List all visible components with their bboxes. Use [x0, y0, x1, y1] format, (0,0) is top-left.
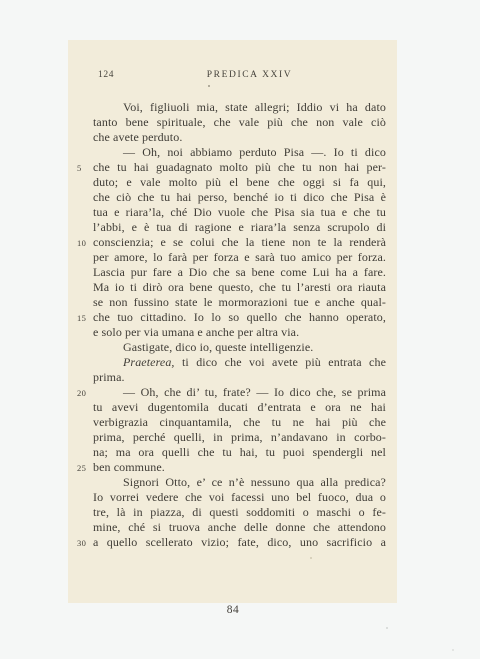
italic-text: Praeterea, — [123, 355, 175, 369]
running-head: 124 PREDICA XXIV — [68, 70, 397, 83]
text-line: che avete perduto. — [93, 130, 386, 145]
running-title: PREDICA XXIV — [207, 70, 292, 80]
line-number: 30 — [77, 538, 90, 549]
text-line: 5che tu hai guadagnato molto più che tu … — [93, 160, 386, 175]
text-line: 20— Oh, che di’ tu, frate? — Io dico che… — [93, 385, 386, 400]
text-line: prima. — [93, 370, 386, 385]
line-number: 25 — [77, 463, 90, 474]
folio-number: 124 — [98, 70, 114, 80]
text-line: Voi, figliuoli mia, state allegri; Iddio… — [93, 100, 386, 115]
text-line: Signori Otto, e’ ce n’è nessuno qua alla… — [93, 475, 386, 490]
text-line: 30a quello scellerato vizio; fate, dico,… — [93, 535, 386, 550]
scan-speck — [452, 649, 454, 651]
scanned-document: 124 PREDICA XXIV Voi, figliuoli mia, sta… — [0, 0, 480, 659]
scan-speck — [310, 557, 312, 559]
text-line: na; ma ora quelli che tu hai, tu puoi sp… — [93, 445, 386, 460]
text-line: tanto bene spirituale, che vale più che … — [93, 115, 386, 130]
scan-speck — [208, 85, 210, 87]
text-line: e solo per via umana e anche per altra v… — [93, 325, 386, 340]
text-line: Praeterea, ti dico che voi avete più ent… — [93, 355, 386, 370]
text-line: 15che tuo cittadino. Io lo so quello che… — [93, 310, 386, 325]
text-line: per amore, lo farà per forza e sarà tuo … — [93, 250, 386, 265]
text-line: Io vorrei vedere che voi facessi uno bel… — [93, 490, 386, 505]
scan-speck — [386, 627, 388, 629]
text-line: 10conscienzia; e se colui che la tiene n… — [93, 235, 386, 250]
text-line: tua e riara’la, ché Dio vuole che Pisa s… — [93, 205, 386, 220]
text-line: verbigrazia cinquantamila, che tu ne hai… — [93, 415, 386, 430]
text-line: tu avevi dugentomila ducati d’entrata e … — [93, 400, 386, 415]
text-line: che ciò che tu hai perso, benché io ti d… — [93, 190, 386, 205]
text-line: Gastigate, dico io, queste intelligenzie… — [93, 340, 386, 355]
line-number: 20 — [77, 388, 90, 399]
text-line: mine, ché si truova anche delle donne ch… — [93, 520, 386, 535]
line-number: 10 — [77, 238, 90, 249]
text-line: — Oh, noi abbiamo perduto Pisa —. Io ti … — [93, 145, 386, 160]
text-line: Ma io ti dirò ora bene questo, che tu l’… — [93, 280, 386, 295]
text-line: 25ben commune. — [93, 460, 386, 475]
line-number: 15 — [77, 313, 90, 324]
text-line: l’abbi, e è tua di ragione e riara’la se… — [93, 220, 386, 235]
text-line: duto; e vale molto più el bene che oggi … — [93, 175, 386, 190]
text-line: prima, perché quelli, in prima, n’andava… — [93, 430, 386, 445]
text-line: se non fussino state le mormorazioni tue… — [93, 295, 386, 310]
footer-page-number: 84 — [0, 604, 466, 616]
text-block: Voi, figliuoli mia, state allegri; Iddio… — [93, 100, 386, 550]
line-number: 5 — [77, 163, 90, 174]
book-page: 124 PREDICA XXIV Voi, figliuoli mia, sta… — [68, 40, 397, 603]
text-line: tre, là in piazza, di questi soddomiti o… — [93, 505, 386, 520]
text-line: Lascia pur fare a Dio che sa bene come L… — [93, 265, 386, 280]
